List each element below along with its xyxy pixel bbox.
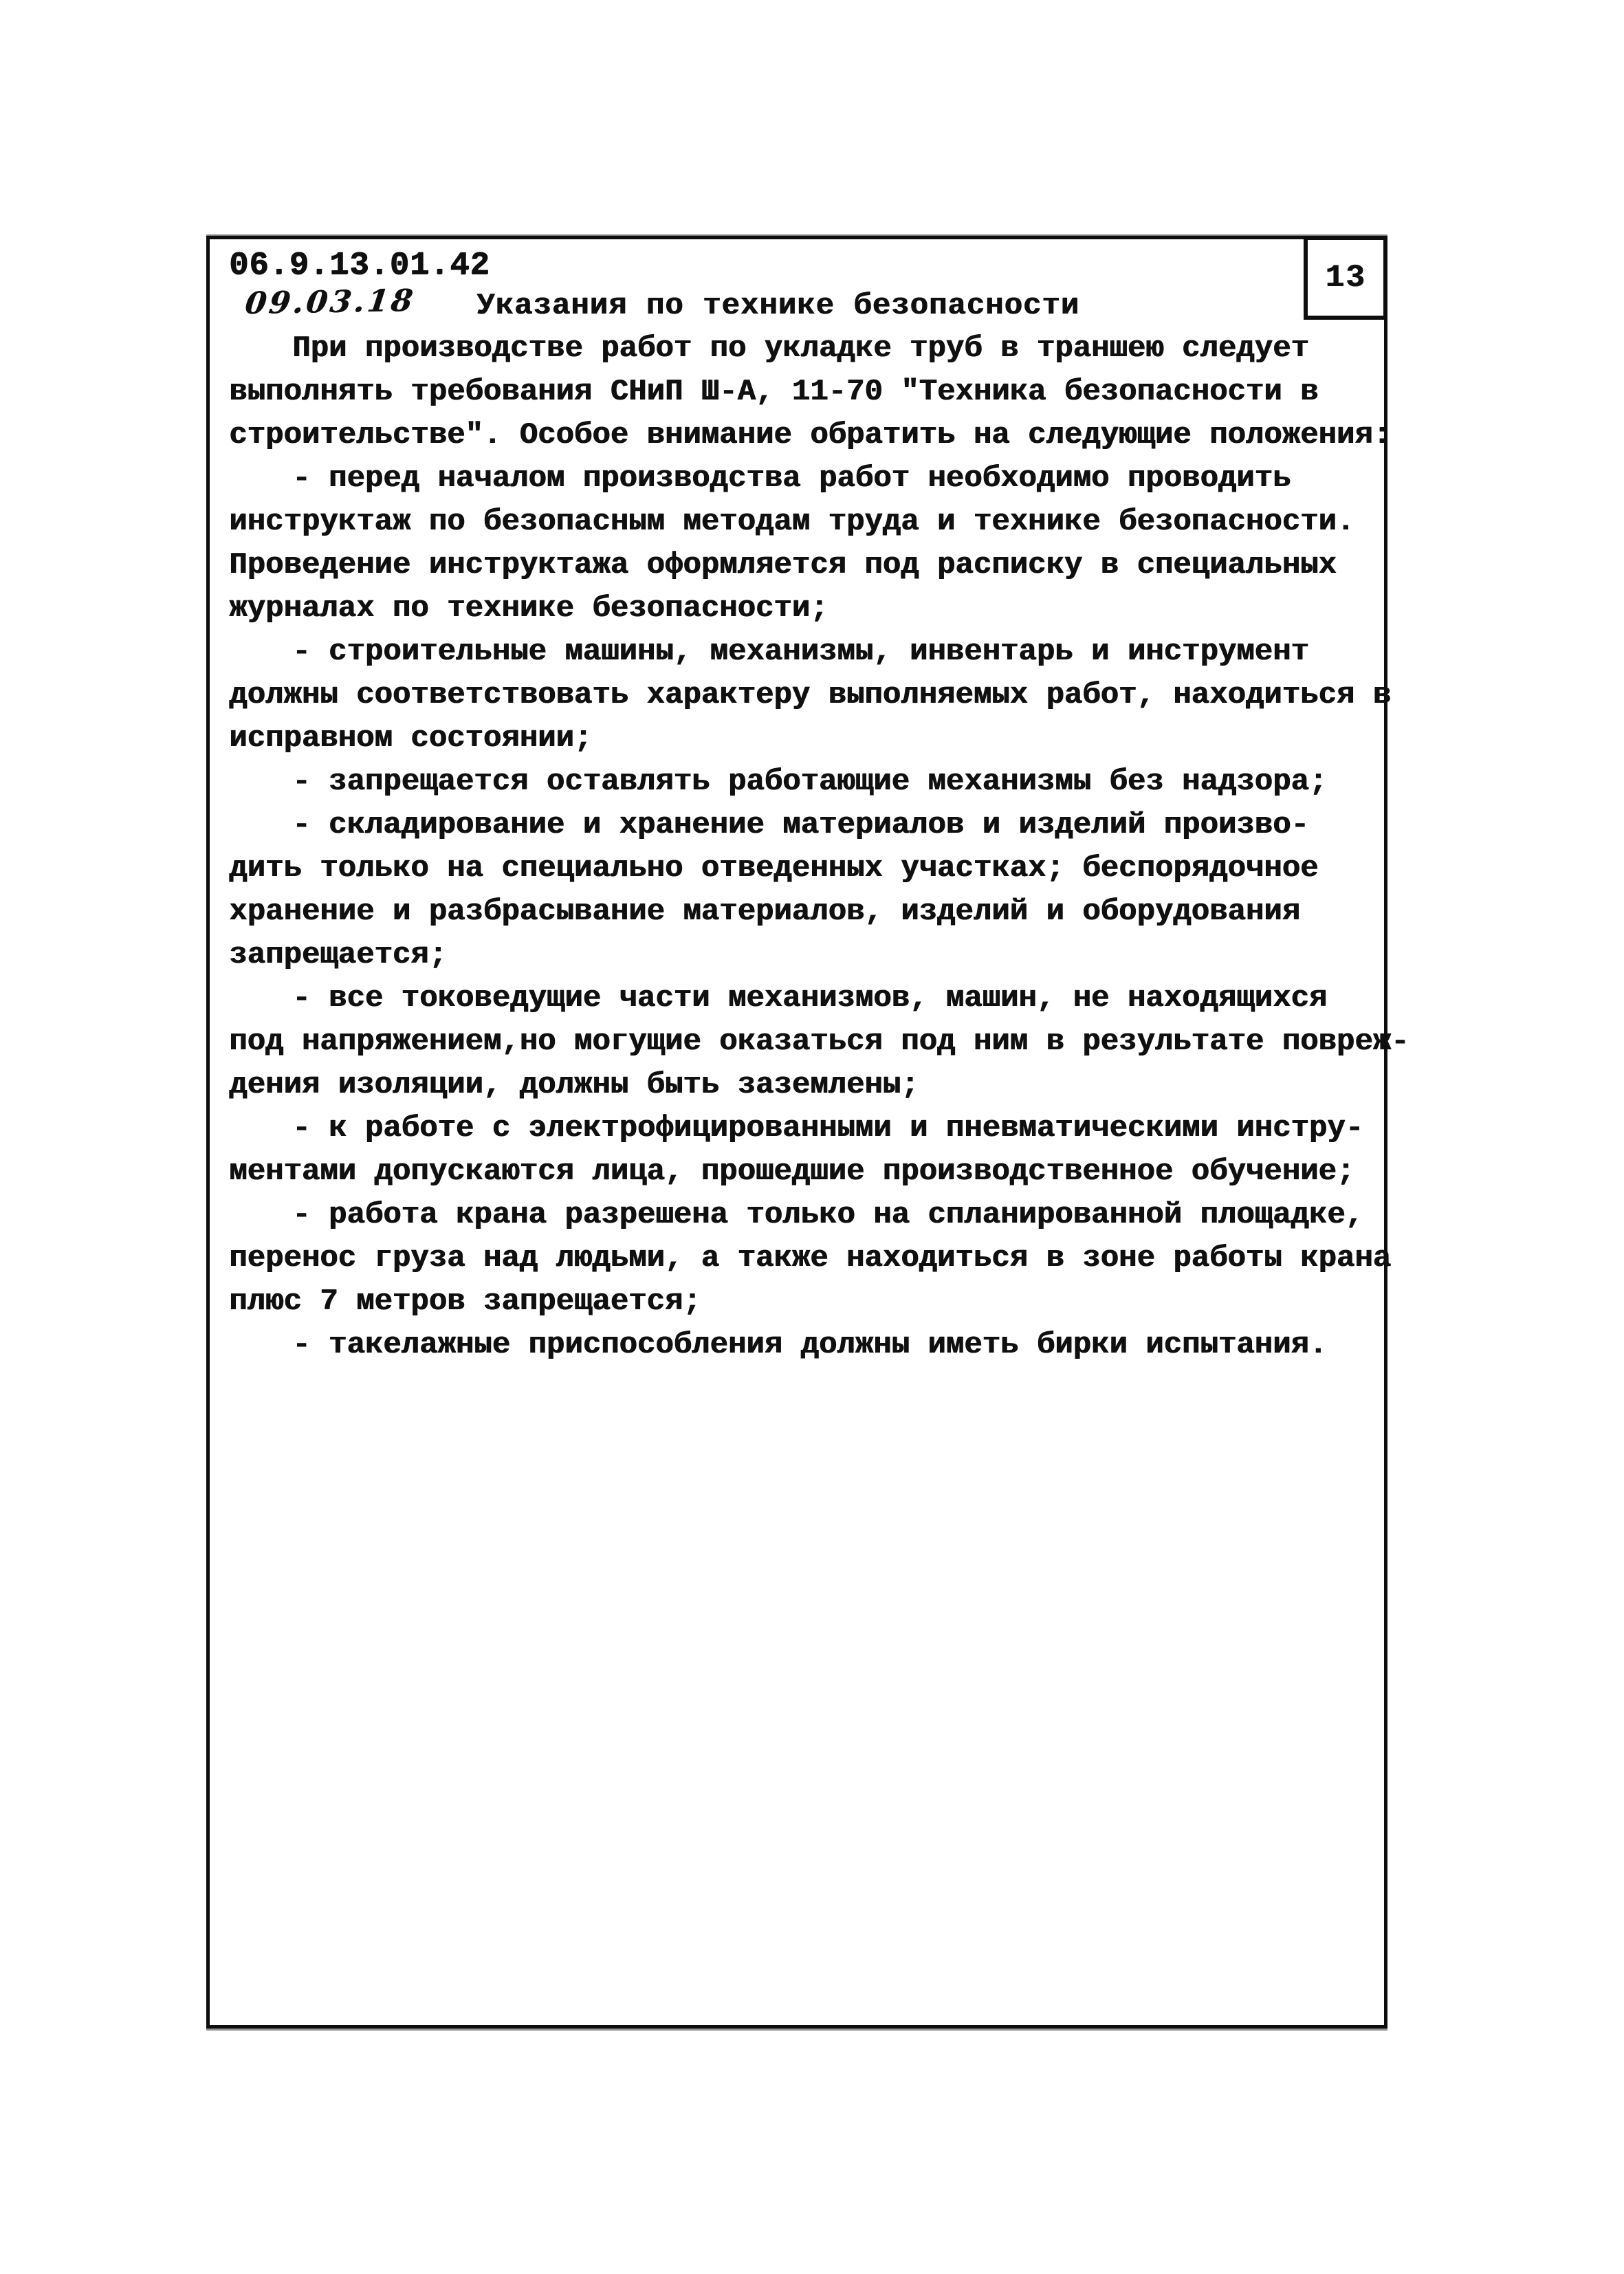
text-line: - строительные машины, механизмы, инвент…: [229, 631, 1384, 674]
scanned-document-page: 06.9.13.01.42 09.03.18 Указания по техни…: [0, 0, 1624, 2274]
text-line: ментами допускаются лица, прошедшие прои…: [229, 1150, 1384, 1194]
text-line: дения изоляции, должны быть заземлены;: [229, 1064, 1384, 1107]
text-line: строительстве". Особое внимание обратить…: [229, 414, 1384, 457]
text-line: При производстве работ по укладке труб в…: [229, 327, 1384, 371]
text-line: плюс 7 метров запрещается;: [229, 1280, 1384, 1324]
handwritten-date: 09.03.18: [243, 283, 417, 321]
text-line: - перед началом производства работ необх…: [229, 457, 1384, 501]
text-line: перенос груза над людьми, а также находи…: [229, 1237, 1384, 1280]
text-line: дить только на специально отведенных уча…: [229, 847, 1384, 890]
text-line: - такелажные приспособления должны иметь…: [229, 1324, 1384, 1367]
document-code: 06.9.13.01.42: [229, 248, 490, 284]
page-title: Указания по технике безопасности: [476, 289, 1079, 323]
text-line: инструктаж по безопасным методам труда и…: [229, 501, 1384, 544]
text-line: запрещается;: [229, 934, 1384, 977]
text-line: журналах по технике безопасности;: [229, 587, 1384, 631]
text-line: - запрещается оставлять работающие механ…: [229, 761, 1384, 804]
text-line: должны соответствовать характеру выполня…: [229, 674, 1384, 717]
text-line: под напряжением,но могущие оказаться под…: [229, 1020, 1384, 1064]
text-line: - к работе с электрофицированными и пнев…: [229, 1107, 1384, 1150]
text-line: выполнять требования СНиП Ш-А, 11-70 "Те…: [229, 371, 1384, 414]
text-line: Проведение инструктажа оформляется под р…: [229, 544, 1384, 587]
document-body: При производстве работ по укладке труб в…: [229, 327, 1384, 1367]
page-border-frame: 06.9.13.01.42 09.03.18 Указания по техни…: [206, 236, 1387, 2029]
text-line: хранение и разбрасывание материалов, изд…: [229, 890, 1384, 934]
page-number: 13: [1325, 260, 1365, 296]
text-line: - работа крана разрешена только на сплан…: [229, 1194, 1384, 1237]
text-line: - складирование и хранение материалов и …: [229, 804, 1384, 847]
text-line: исправном состоянии;: [229, 717, 1384, 761]
page-number-box: 13: [1304, 236, 1387, 320]
text-line: - все токоведущие части механизмов, маши…: [229, 977, 1384, 1020]
